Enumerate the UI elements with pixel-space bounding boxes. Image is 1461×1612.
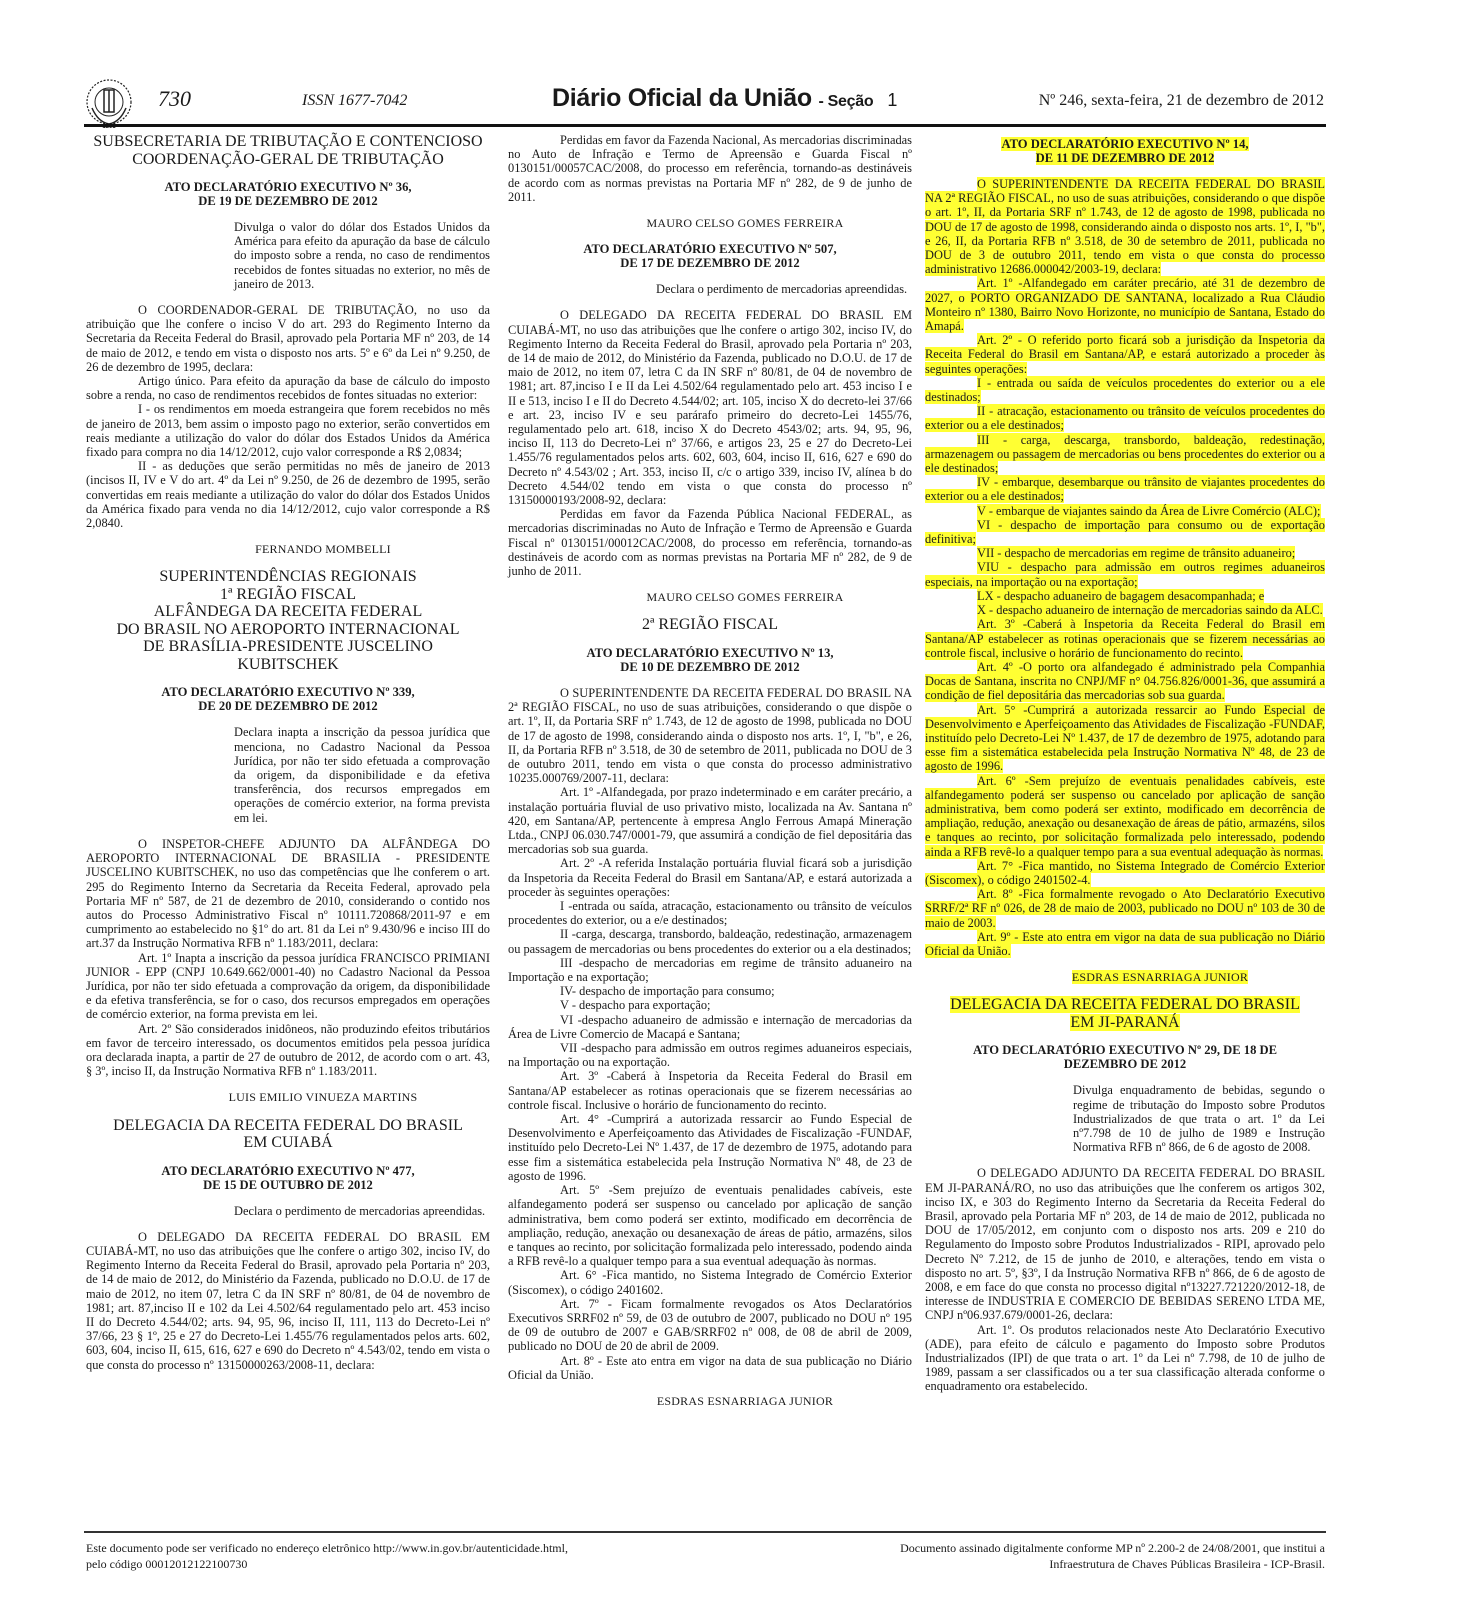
footer-verification: Este documento pode ser verificado no en… — [86, 1540, 646, 1572]
paragraph: Art. 6º -Sem prejuízo de eventuais penal… — [925, 774, 1325, 859]
list-item: IV- despacho de importação para consumo; — [508, 984, 912, 998]
act-summary: Declara inapta a inscrição da pessoa jur… — [234, 725, 490, 824]
act-summary: Declara o perdimento de mercadorias apre… — [234, 1204, 490, 1218]
paragraph: O SUPERINTENDENTE DA RECEITA FEDERAL DO … — [508, 686, 912, 785]
paragraph: Artigo único. Para efeito da apuração da… — [86, 374, 490, 402]
list-item: III -despacho de mercadorias em regime d… — [508, 956, 912, 984]
org-line: ALFÂNDEGA DA RECEITA FEDERAL — [86, 603, 490, 621]
footer-divider — [84, 1531, 1326, 1533]
list-item: I -entrada ou saída, atracação, estacion… — [508, 899, 912, 927]
act-title: ATO DECLARATÓRIO EXECUTIVO Nº 36, DE 19 … — [86, 180, 490, 208]
page-number: 730 — [158, 86, 191, 112]
org-line: EM CUIABÁ — [86, 1134, 490, 1152]
paragraph: Art. 8º -Fica formalmente revogado o Ato… — [925, 887, 1325, 929]
org-line: SUPERINTENDÊNCIAS REGIONAIS — [86, 568, 490, 586]
act-date: DEZEMBRO DE 2012 — [925, 1057, 1325, 1071]
act-title: ATO DECLARATÓRIO EXECUTIVO Nº 29, DE 18 … — [925, 1043, 1325, 1071]
section-number: 1 — [887, 90, 897, 110]
list-item: V - despacho para exportação; — [508, 998, 912, 1012]
list-item: VIU - despacho para admissão em outros r… — [925, 560, 1325, 588]
list-item: V - embarque de viajantes saindo da Área… — [977, 504, 1321, 518]
signature-notice-line: Documento assinado digitalmente conforme… — [805, 1540, 1325, 1556]
act-date: DE 15 DE OUTUBRO DE 2012 — [86, 1178, 490, 1192]
paragraph: Art. 7º - Ficam formalmente revogados os… — [508, 1297, 912, 1354]
org-line: EM JI-PARANÁ — [1070, 1014, 1179, 1031]
paragraph: Perdidas em favor da Fazenda Nacional, A… — [508, 133, 912, 204]
org-heading: DELEGACIA DA RECEITA FEDERAL DO BRASIL E… — [86, 1117, 490, 1152]
section-label: - Seção — [818, 93, 873, 110]
act-number: ATO DECLARATÓRIO EXECUTIVO Nº 13, — [508, 646, 912, 660]
paragraph: Art. 4° -Cumprirá a autorizada ressarcir… — [508, 1112, 912, 1183]
org-heading: DELEGACIA DA RECEITA FEDERAL DO BRASIL E… — [925, 996, 1325, 1031]
paragraph: O COORDENADOR-GERAL DE TRIBUTAÇÃO, no us… — [86, 303, 490, 374]
paragraph: O DELEGADO DA RECEITA FEDERAL DO BRASIL … — [508, 308, 912, 507]
publication-title: Diário Oficial da União - Seção1 — [552, 84, 897, 113]
paragraph: Art. 3º -Caberá à Inspetoria da Receita … — [508, 1069, 912, 1112]
signature: ESDRAS ESNARRIAGA JUNIOR — [1072, 970, 1248, 984]
act-title: ATO DECLARATÓRIO EXECUTIVO Nº 339, DE 20… — [86, 685, 490, 713]
act-number: ATO DECLARATÓRIO EXECUTIVO Nº 507, — [508, 242, 912, 256]
edition-date: Nº 246, sexta-feira, 21 de dezembro de 2… — [1039, 92, 1324, 110]
org-line: SUBSECRETARIA DE TRIBUTAÇÃO E CONTENCIOS… — [86, 133, 490, 151]
org-line: 2ª REGIÃO FISCAL — [508, 616, 912, 634]
header-divider — [84, 124, 1326, 127]
org-line: DO BRASIL NO AEROPORTO INTERNACIONAL — [86, 621, 490, 639]
list-item: II -carga, descarga, transbordo, baldeaç… — [508, 927, 912, 955]
act-title: ATO DECLARATÓRIO EXECUTIVO Nº 477, DE 15… — [86, 1164, 490, 1192]
list-item: VI -despacho aduaneiro de admissão e int… — [508, 1013, 912, 1041]
paragraph: Art. 9º - Este ato entra em vigor na dat… — [925, 930, 1325, 958]
act-summary: Divulga enquadramento de bebidas, segund… — [1073, 1083, 1325, 1154]
column-3: ATO DECLARATÓRIO EXECUTIVO Nº 14, DE 11 … — [925, 133, 1325, 1394]
org-line: 1ª REGIÃO FISCAL — [86, 586, 490, 604]
act-number: ATO DECLARATÓRIO EXECUTIVO Nº 339, — [86, 685, 490, 699]
footer-signature-notice: Documento assinado digitalmente conforme… — [805, 1540, 1325, 1572]
paragraph: Art. 5º -Sem prejuízo de eventuais penal… — [508, 1183, 912, 1268]
list-item: VI - despacho de importação para consumo… — [925, 518, 1325, 546]
highlighted-act-body: O SUPERINTENDENTE DA RECEITA FEDERAL DO … — [925, 177, 1325, 958]
column-2: Perdidas em favor da Fazenda Nacional, A… — [508, 133, 912, 1420]
paragraph: O DELEGADO DA RECEITA FEDERAL DO BRASIL … — [86, 1230, 490, 1372]
paragraph: Art. 1º -Alfandegado em caráter precário… — [925, 276, 1325, 333]
paragraph: Art. 1º -Alfandegada, por prazo indeterm… — [508, 785, 912, 856]
signature-notice-line: Infraestrutura de Chaves Públicas Brasil… — [805, 1556, 1325, 1572]
act-title: ATO DECLARATÓRIO EXECUTIVO Nº 14, DE 11 … — [925, 137, 1325, 165]
list-item: II - atracação, estacionamento ou trânsi… — [925, 404, 1325, 432]
act-number: ATO DECLARATÓRIO EXECUTIVO Nº 29, DE 18 … — [925, 1043, 1325, 1057]
act-title: ATO DECLARATÓRIO EXECUTIVO Nº 13, DE 10 … — [508, 646, 912, 674]
org-heading: 2ª REGIÃO FISCAL — [508, 616, 912, 634]
publication-name: Diário Oficial da União — [552, 84, 812, 112]
signature: FERNANDO MOMBELLI — [156, 542, 490, 556]
org-line: COORDENAÇÃO-GERAL DE TRIBUTAÇÃO — [86, 151, 490, 169]
list-item: III - carga, descarga, transbordo, balde… — [925, 433, 1325, 475]
paragraph: I - os rendimentos em moeda estrangeira … — [86, 402, 490, 459]
list-item: IV - embarque, desembarque ou trânsito d… — [925, 475, 1325, 503]
list-item: LX - despacho aduaneiro de bagagem desac… — [977, 589, 1264, 603]
paragraph: Art. 1º Inapta a inscrição da pessoa jur… — [86, 951, 490, 1022]
signature: MAURO CELSO GOMES FERREIRA — [578, 590, 912, 604]
imprensa-nacional-seal-icon: 1808 — [84, 78, 134, 130]
paragraph: II - as deduções que serão permitidas no… — [86, 459, 490, 530]
org-line: KUBITSCHEK — [86, 656, 490, 674]
paragraph: Art. 8º - Este ato entra em vigor na dat… — [508, 1354, 912, 1382]
act-summary: Declara o perdimento de mercadorias apre… — [656, 282, 912, 296]
verification-code: pelo código 00012012122100730 — [86, 1556, 646, 1572]
act-number: ATO DECLARATÓRIO EXECUTIVO Nº 14, — [1001, 137, 1248, 151]
act-summary: Divulga o valor do dólar dos Estados Uni… — [234, 220, 490, 291]
paragraph: Art. 2º -A referida Instalação portuária… — [508, 856, 912, 899]
issn: ISSN 1677-7042 — [302, 92, 407, 110]
paragraph: O SUPERINTENDENTE DA RECEITA FEDERAL DO … — [925, 177, 1325, 276]
paragraph: Art. 2º - O referido porto ficará sob a … — [925, 333, 1325, 375]
paragraph: Art. 2º São considerados inidôneos, não … — [86, 1022, 490, 1079]
act-title: ATO DECLARATÓRIO EXECUTIVO Nº 507, DE 17… — [508, 242, 912, 270]
paragraph: O INSPETOR-CHEFE ADJUNTO DA ALFÂNDEGA DO… — [86, 837, 490, 951]
paragraph: Art. 4º -O porto ora alfandegado é admin… — [925, 660, 1325, 702]
act-date: DE 20 DE DEZEMBRO DE 2012 — [86, 699, 490, 713]
signature: ESDRAS ESNARRIAGA JUNIOR — [578, 1394, 912, 1408]
signature: MAURO CELSO GOMES FERREIRA — [578, 216, 912, 230]
list-item: X - despacho aduaneiro de internação de … — [977, 603, 1323, 617]
act-number: ATO DECLARATÓRIO EXECUTIVO Nº 477, — [86, 1164, 490, 1178]
paragraph: Art. 7° -Fica mantido, no Sistema Integr… — [925, 859, 1325, 887]
signature: LUIS EMILIO VINUEZA MARTINS — [156, 1090, 490, 1104]
column-1: SUBSECRETARIA DE TRIBUTAÇÃO E CONTENCIOS… — [86, 133, 490, 1372]
org-line: DELEGACIA DA RECEITA FEDERAL DO BRASIL — [950, 996, 1300, 1013]
paragraph: O DELEGADO ADJUNTO DA RECEITA FEDERAL DO… — [925, 1166, 1325, 1322]
page-header: 1808 730 ISSN 1677-7042 Diário Oficial d… — [84, 78, 1324, 130]
act-date: DE 11 DE DEZEMBRO DE 2012 — [1036, 151, 1215, 165]
paragraph: Art. 1º. Os produtos relacionados neste … — [925, 1323, 1325, 1394]
list-item: VII - despacho de mercadorias em regime … — [977, 546, 1295, 560]
act-number: ATO DECLARATÓRIO EXECUTIVO Nº 36, — [86, 180, 490, 194]
list-item: VII -despacho para admissão em outros re… — [508, 1041, 912, 1069]
paragraph: Art. 6° -Fica mantido, no Sistema Integr… — [508, 1268, 912, 1296]
act-date: DE 17 DE DEZEMBRO DE 2012 — [508, 256, 912, 270]
org-heading: SUBSECRETARIA DE TRIBUTAÇÃO E CONTENCIOS… — [86, 133, 490, 168]
list-item: I - entrada ou saída de veículos procede… — [925, 376, 1325, 404]
verification-url-text: Este documento pode ser verificado no en… — [86, 1540, 646, 1556]
act-date: DE 10 DE DEZEMBRO DE 2012 — [508, 660, 912, 674]
paragraph: Art. 5° -Cumprirá a autorizada ressarcir… — [925, 703, 1325, 774]
org-heading: SUPERINTENDÊNCIAS REGIONAIS 1ª REGIÃO FI… — [86, 568, 490, 673]
act-date: DE 19 DE DEZEMBRO DE 2012 — [86, 194, 490, 208]
paragraph: Perdidas em favor da Fazenda Pública Nac… — [508, 507, 912, 578]
org-line: DELEGACIA DA RECEITA FEDERAL DO BRASIL — [86, 1117, 490, 1135]
org-line: DE BRASÍLIA-PRESIDENTE JUSCELINO — [86, 638, 490, 656]
paragraph: Art. 3º -Caberá à Inspetoria da Receita … — [925, 617, 1325, 659]
